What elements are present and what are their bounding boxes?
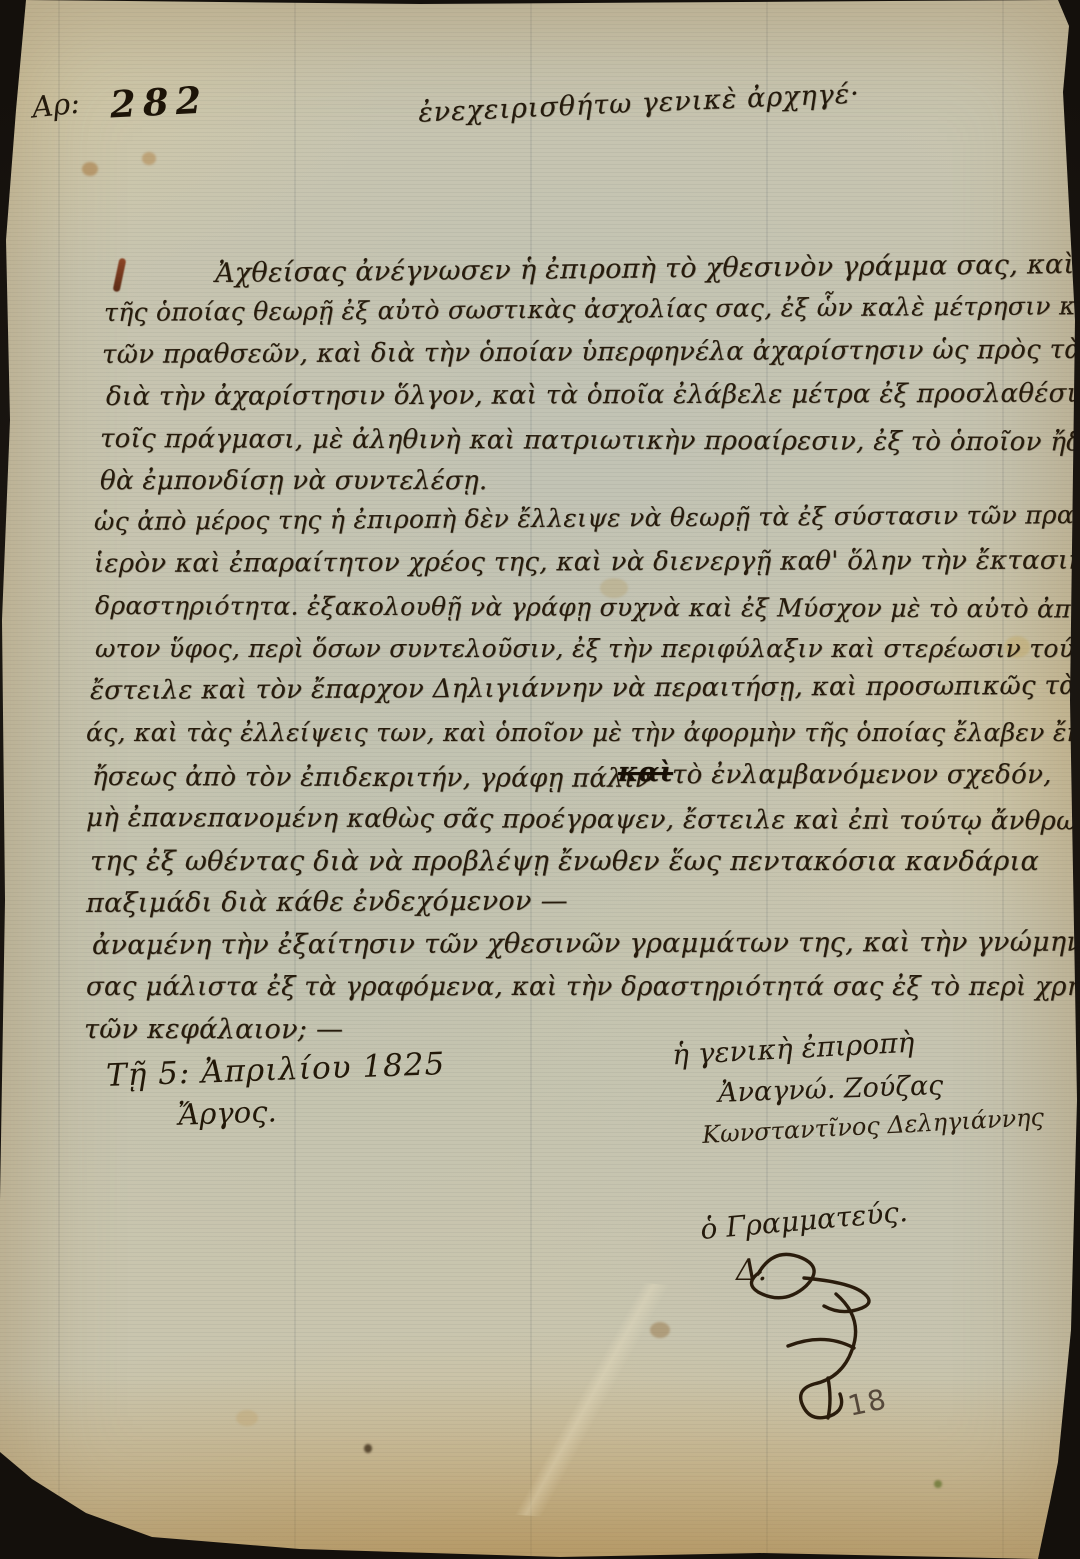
manuscript-line: τῶν κεφάλαιον; — (84, 1014, 343, 1045)
manuscript-line: τοῖς πράγμασι, μὲ ἀληθινὴ καὶ πατριωτικὴ… (100, 424, 1080, 458)
manuscript-line: της ἐξ ωθέντας διὰ νὰ προβλέψῃ ἔνωθεν ἕω… (90, 846, 1039, 877)
manuscript-line: ἀναμένη τὴν ἐξαίτησιν τῶν χθεσινῶν γραμμ… (92, 927, 1080, 961)
foxing-stain (650, 1322, 670, 1338)
manuscript-line: ἔστειλε καὶ τὸν ἔπαρχον Δηλιγιάννην νὰ π… (90, 670, 1080, 706)
foxing-stain (142, 152, 156, 165)
manuscript-line: ἤσεως ἀπὸ τὸν ἐπιδεκριτήν, γράφῃ πάλιν (92, 762, 651, 794)
manuscript-line: δραστηριότητα. ἐξακολουθῇ νὰ γράφῃ συχνὰ… (95, 591, 1080, 624)
manuscript-line: μὴ ἐπανεπανομένη καθὼς σᾶς προέγραψεν, ἔ… (86, 803, 1080, 837)
green-speck (934, 1480, 942, 1488)
place-line: Ἄργος. (177, 1094, 277, 1131)
manuscript-line: ωτον ὕφος, περὶ ὅσων συντελοῦσιν, ἐξ τὴν… (95, 634, 1080, 663)
manuscript-line: άς, καὶ τὰς ἐλλείψεις των, καὶ ὁποῖον μὲ… (86, 718, 1080, 747)
secretary-initial: Δ. (735, 1253, 767, 1288)
manuscript-line: σας μάλιστα ἐξ τὰ γραφόμενα, καὶ τὴν δρα… (86, 972, 1080, 1002)
manuscript-line: ἱερὸν καὶ ἐπαραίτητον χρέος της, καὶ νὰ … (94, 545, 1080, 579)
manuscript-page: Αρ: 282 ἐνεχειρισθήτω γενικὲ ἀρχηγέ· Ἀχθ… (0, 0, 1080, 1559)
foxing-stain (82, 162, 98, 176)
manuscript-line: καὶ (618, 757, 673, 788)
manuscript-line: παξιμάδι διὰ κάθε ἐνδεχόμενον — (86, 885, 568, 919)
scan-background: Αρ: 282 ἐνεχειρισθήτω γενικὲ ἀρχηγέ· Ἀχθ… (0, 0, 1080, 1559)
protocol-number-label: Αρ: (30, 86, 81, 125)
manuscript-line: θὰ ἐμπονδίσῃ νὰ συντελέσῃ. (100, 466, 487, 496)
protocol-number: 282 (109, 77, 209, 126)
manuscript-line: τῶν πραθσεῶν, καὶ διὰ τὴν ὁποίαν ὑπερφην… (102, 334, 1080, 370)
secretary-signature-flourish: Δ. (718, 1228, 938, 1428)
manuscript-line: τὸ ἐνλαμβανόμενον σχεδόν, (672, 760, 1052, 790)
ink-speck (364, 1444, 372, 1453)
foxing-stain (236, 1410, 258, 1426)
manuscript-line: διὰ τὴν ἀχαρίστησιν ὅλγον, καὶ τὰ ὁποῖα … (106, 378, 1080, 412)
